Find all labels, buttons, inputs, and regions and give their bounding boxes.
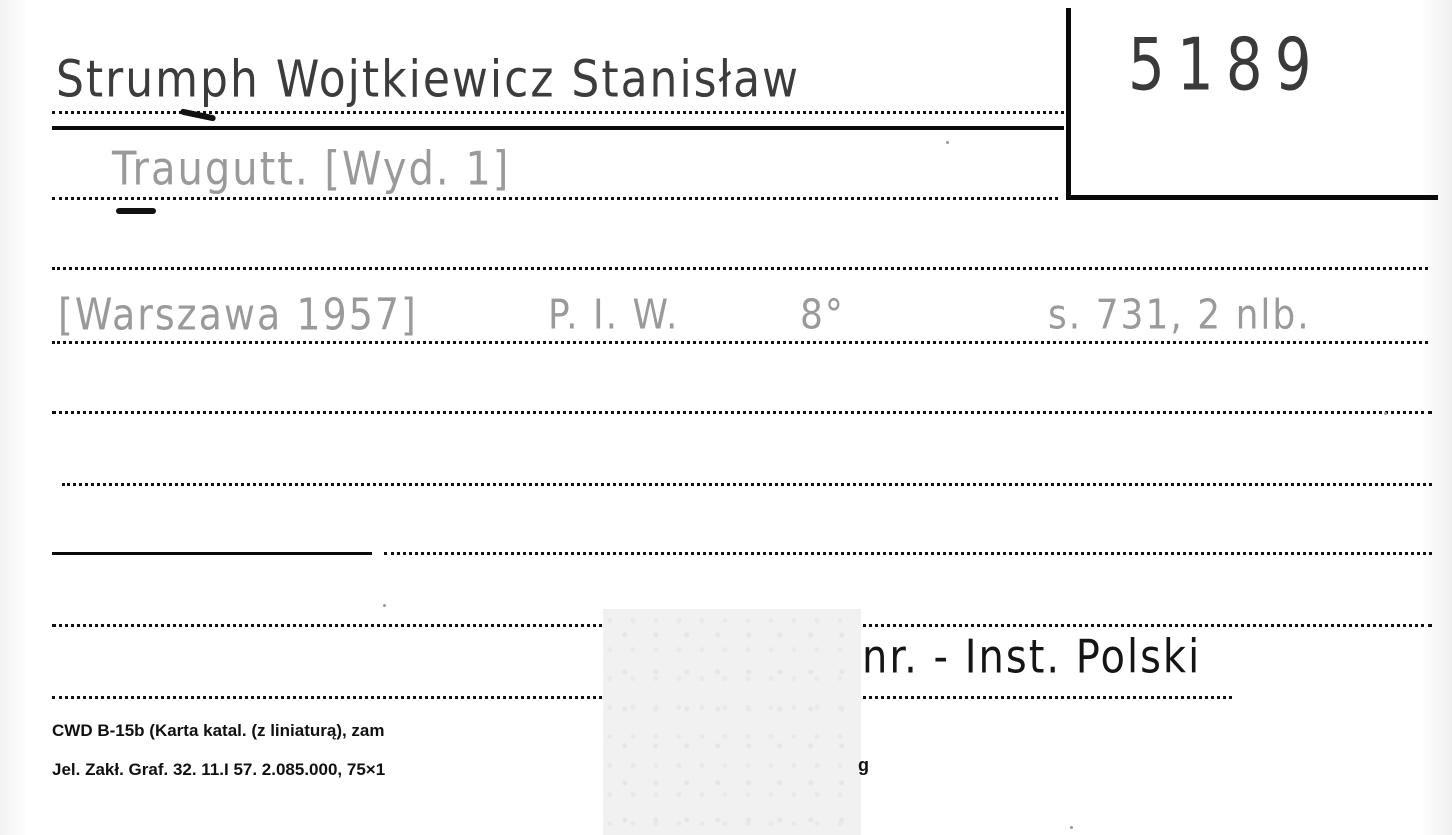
- ruled-line-4: [52, 341, 1428, 344]
- paper-patch: [603, 609, 861, 835]
- call-number: 5189: [1128, 22, 1324, 107]
- title-line: Traugutt. [Wyd. 1]: [112, 143, 510, 196]
- imprint-pagination: s. 731, 2 nlb.: [1048, 292, 1311, 339]
- ruled-line-6: [62, 483, 1432, 486]
- imprint-place-year: [Warszawa 1957]: [58, 289, 418, 340]
- footer-line-1: CWD B-15b (Karta katal. (z liniaturą), z…: [52, 721, 385, 741]
- footer-tail: g: [858, 755, 869, 776]
- ruled-line-5: [52, 411, 1432, 414]
- ruled-line-2: [52, 197, 1058, 200]
- heading-rule: [52, 126, 1064, 130]
- ruled-line-7-solid: [52, 552, 372, 555]
- footer-line-2: Jel. Zakł. Graf. 32. 11.I 57. 2.085.000,…: [52, 760, 385, 780]
- speck: [946, 141, 949, 144]
- call-number-box-bottom-border: [1066, 195, 1438, 200]
- ruled-line-7: [384, 552, 1432, 555]
- speck: [1384, 412, 1387, 415]
- speck: [1070, 826, 1073, 829]
- ruled-line-3: [52, 267, 1428, 270]
- imprint-publisher: P. I. W.: [548, 292, 679, 339]
- subject-note: nr. - Inst. Polski: [862, 631, 1201, 684]
- speck: [383, 604, 386, 607]
- author-heading: Strumph Wojtkiewicz Stanisław: [56, 50, 800, 109]
- call-number-box-left-border: [1066, 8, 1071, 200]
- catalog-card: 5189 Strumph Wojtkiewicz Stanisław Traug…: [0, 0, 1452, 835]
- ink-mark: [116, 208, 156, 214]
- imprint-format: 8°: [800, 292, 845, 339]
